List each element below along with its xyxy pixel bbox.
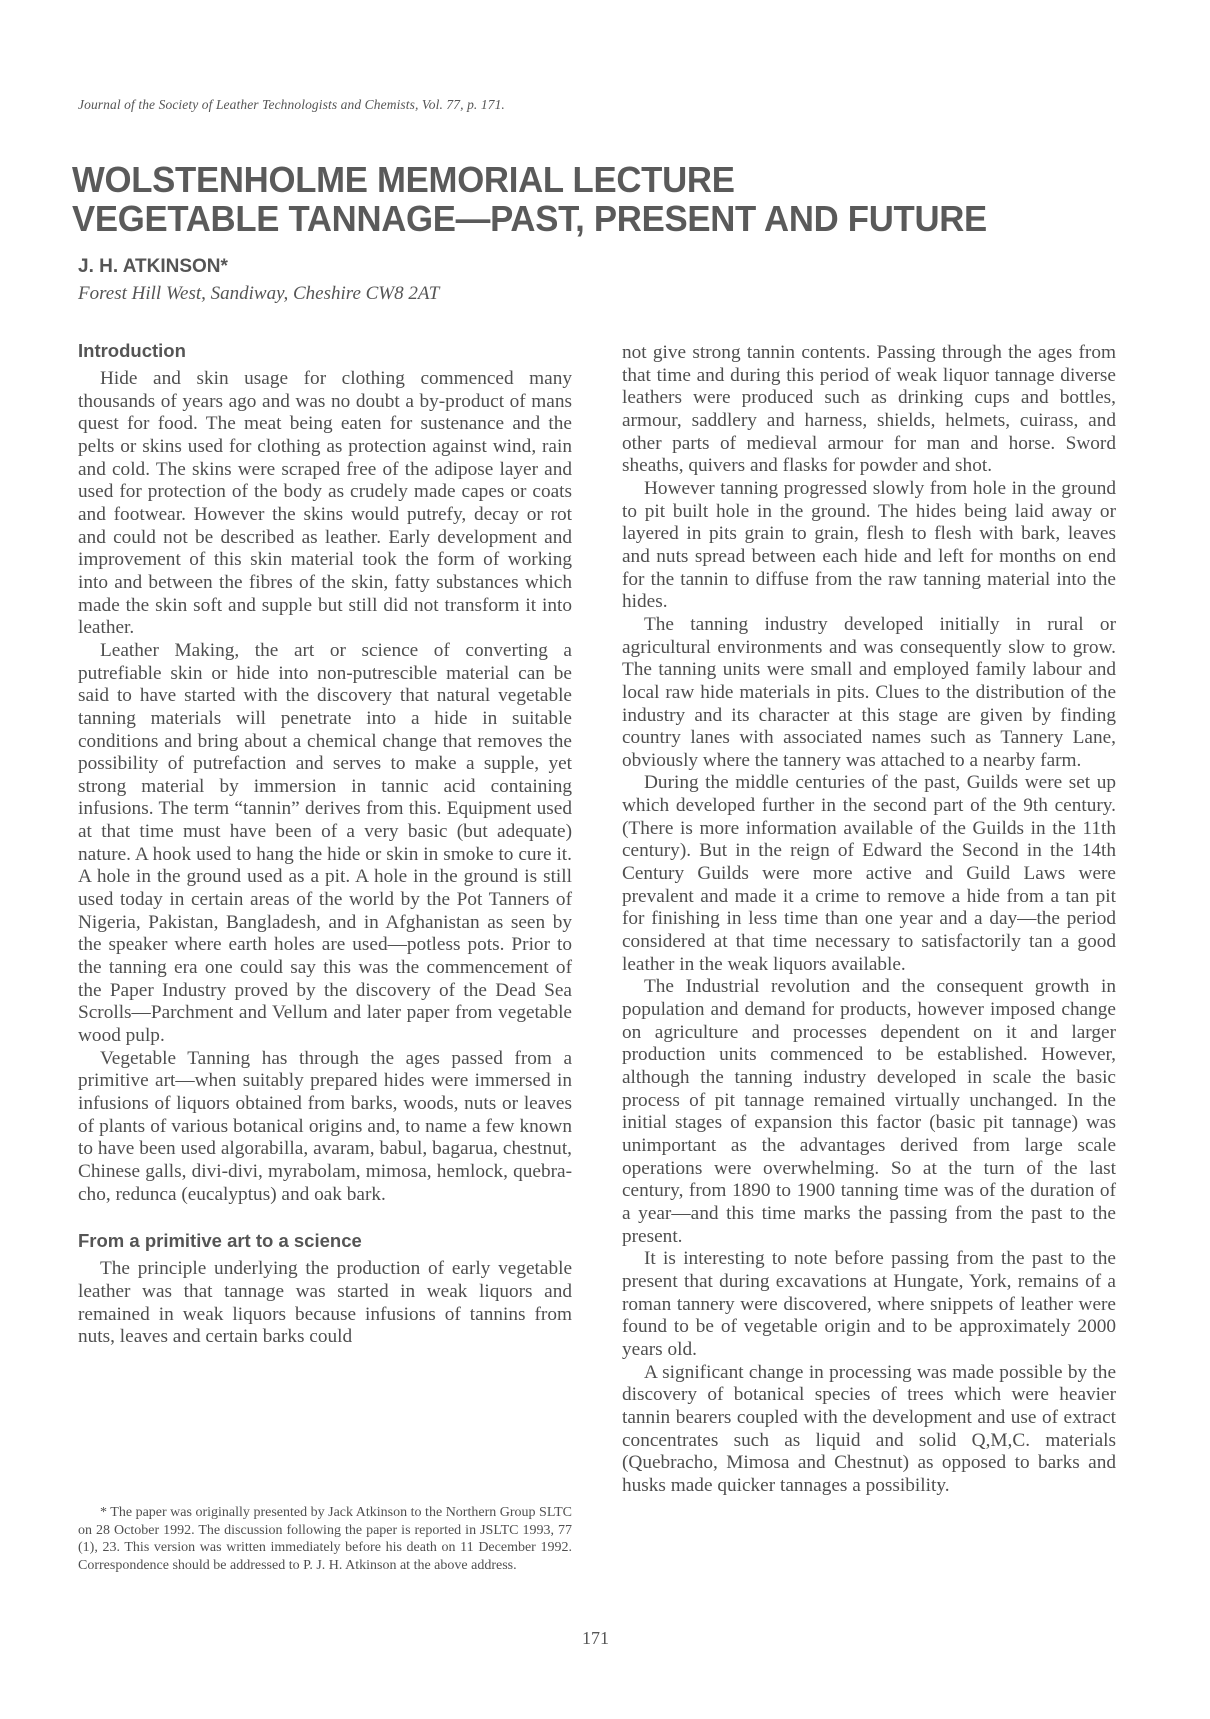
title-line-1: WOLSTENHOLME MEMORIAL LECTURE: [72, 160, 987, 199]
paragraph: During the middle centuries of the past,…: [622, 772, 1116, 976]
footnote: * The paper was originally presented by …: [78, 1504, 572, 1574]
article-title: WOLSTENHOLME MEMORIAL LECTURE VEGETABLE …: [72, 160, 987, 238]
left-column: Introduction Hide and skin usage for clo…: [78, 340, 572, 1349]
page-number: 171: [582, 1628, 609, 1649]
paragraph: The tanning industry developed initially…: [622, 614, 1116, 773]
footnote-text: * The paper was originally presented by …: [78, 1504, 572, 1574]
section-heading-introduction: Introduction: [78, 340, 572, 362]
paragraph: The principle underlying the production …: [78, 1258, 572, 1349]
journal-citation: Journal of the Society of Leather Techno…: [78, 97, 505, 113]
title-line-2: VEGETABLE TANNAGE—PAST, PRESENT AND FUTU…: [72, 199, 987, 238]
paragraph: not give strong tannin contents. Passing…: [622, 342, 1116, 478]
paragraph: Hide and skin usage for clothing commenc…: [78, 368, 572, 640]
author-name: J. H. ATKINSON*: [78, 256, 228, 278]
paragraph: Vegetable Tanning has through the ages p…: [78, 1048, 572, 1207]
section-heading-primitive-art: From a primitive art to a science: [78, 1230, 572, 1252]
paragraph: The Industrial revolution and the conseq…: [622, 976, 1116, 1248]
paragraph: It is interesting to note before passing…: [622, 1248, 1116, 1361]
paragraph: A significant change in processing was m…: [622, 1362, 1116, 1498]
paragraph: Leather Making, the art or science of co…: [78, 640, 572, 1048]
author-affiliation: Forest Hill West, Sandiway, Cheshire CW8…: [78, 283, 439, 305]
paragraph: However tanning progressed slowly from h…: [622, 478, 1116, 614]
right-column: not give strong tannin contents. Passing…: [622, 342, 1116, 1497]
